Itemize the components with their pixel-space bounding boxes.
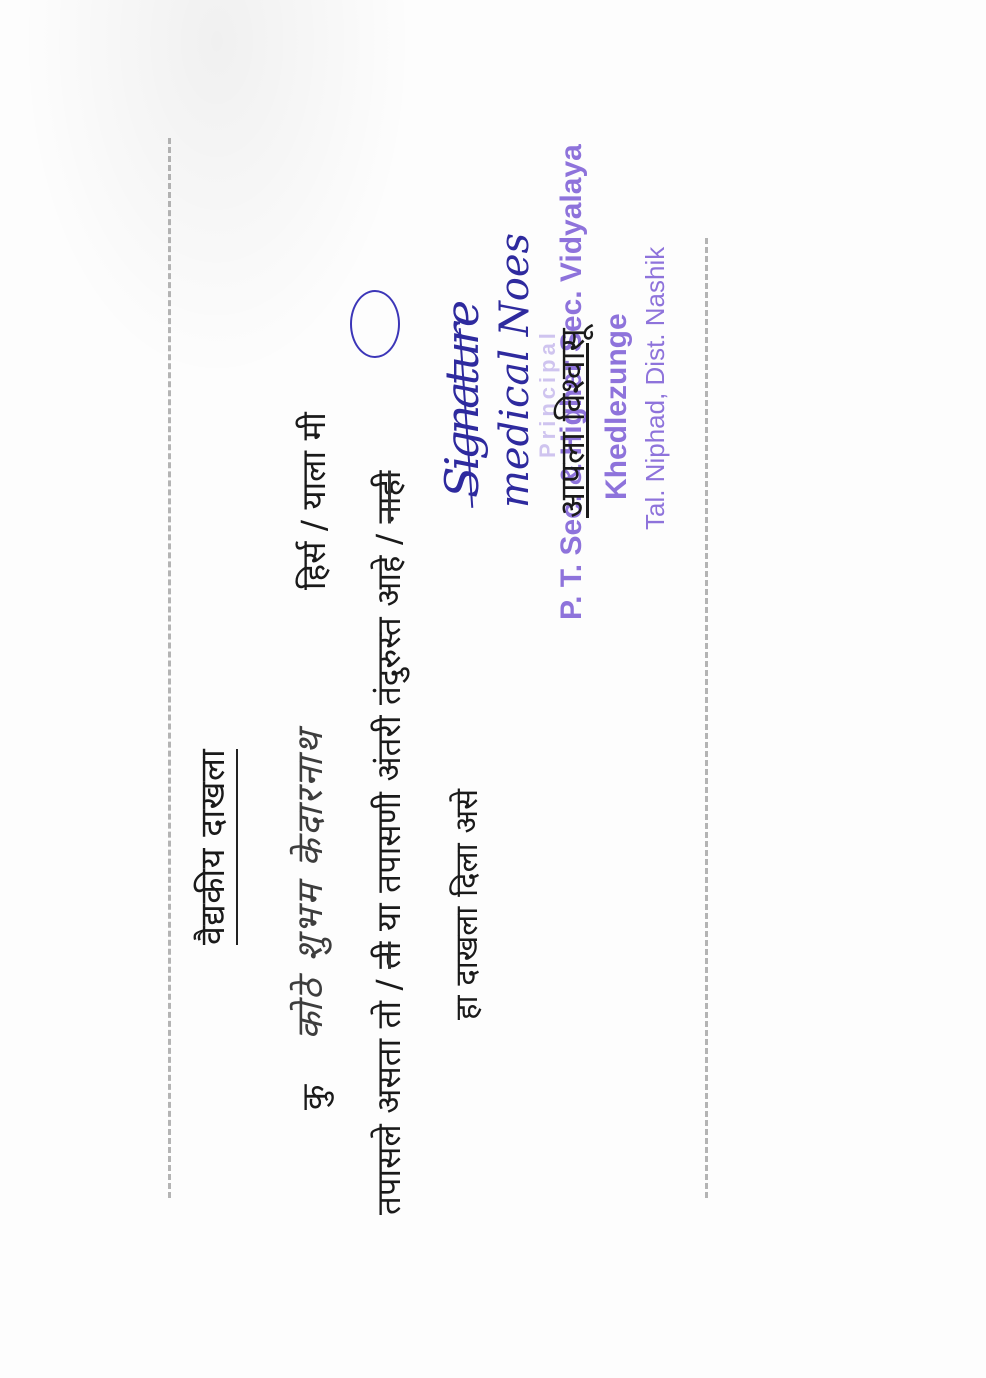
closing-yours-faithfully: आपला विश्वासू — [548, 328, 594, 518]
signature-loop — [350, 290, 400, 358]
scanned-page: वैद्यकीय दाखला कु कोठे शुभम केदारनाथ हिर… — [0, 0, 986, 1378]
line1-suffix: हिर्स / याला मी — [290, 412, 335, 590]
examination-statement: तपासले असता तो / ती या तपासणी अंतरी तंदु… — [365, 471, 410, 1215]
struck-option-not: नाही — [369, 471, 408, 524]
stamp-taluka-district: Tal. Niphad, Dist. Nashik — [640, 247, 671, 530]
perforation-line-bottom — [705, 238, 708, 1198]
stamp-village: Khedlezunge — [600, 313, 634, 500]
signature-medical-officer: medical Noes — [492, 233, 538, 508]
statement-part2: या तपासणी अंतरी तंदुरुस्त आहे / — [369, 523, 408, 941]
signature-scribble: Signature — [435, 304, 489, 498]
statement-part1: तपासले असता तो / — [369, 969, 408, 1215]
struck-option-female: ती — [369, 942, 408, 969]
salutation-prefix: कु — [290, 1085, 335, 1110]
student-name-handwritten: कोठे शुभम केदारनाथ — [284, 729, 333, 1040]
certificate-issued-line: हा दाखला दिला असे — [445, 789, 487, 1020]
perforation-line-top — [168, 138, 171, 1198]
certificate-title: वैद्यकीय दाखला — [188, 749, 238, 945]
certificate-content: वैद्यकीय दाखला कु कोठे शुभम केदारनाथ हिर… — [0, 0, 986, 1378]
